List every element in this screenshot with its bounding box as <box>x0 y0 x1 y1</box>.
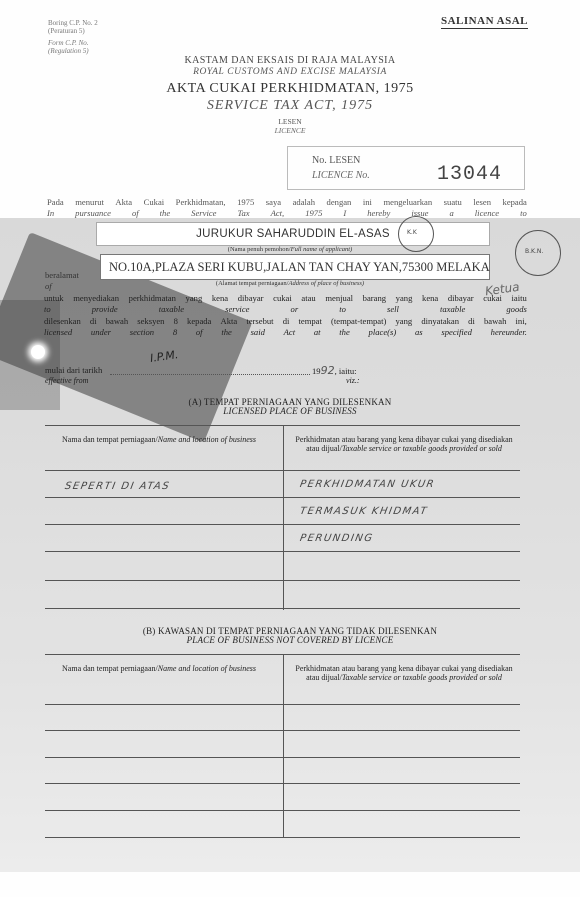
word: ini, <box>516 316 527 326</box>
word: lesen <box>473 197 491 207</box>
licence-label-en: LICENCE No. <box>312 170 370 181</box>
word: to <box>44 304 51 314</box>
agency-title-ms: KASTAM DAN EKSAIS DI RAJA MALAYSIA <box>0 55 580 66</box>
word: licence <box>475 208 499 218</box>
word: the <box>160 208 171 218</box>
word: under <box>91 327 111 337</box>
section-a-title-en: LICENSED PLACE OF BUSINESS <box>0 406 580 416</box>
word: kena <box>212 293 228 303</box>
word: yang <box>186 293 203 303</box>
word: Akta <box>115 197 132 207</box>
word: sell <box>387 304 399 314</box>
word: Pada <box>47 197 64 207</box>
word: specified <box>441 327 472 337</box>
word: iaitu <box>512 293 527 303</box>
word: perkhidmatan <box>129 293 176 303</box>
word: the <box>339 327 350 337</box>
effective-date-line <box>110 374 310 375</box>
licence-number-box: No. LESEN LICENCE No. 13044 <box>287 146 525 190</box>
word: Perkhidmatan, <box>176 197 226 207</box>
word: seksyen <box>137 316 164 326</box>
body-line-3: dilesenkandibawahseksyen8kepadaAktaterse… <box>44 316 527 326</box>
word: service <box>225 304 249 314</box>
form-ref-ms-reg: (Peraturan 5) <box>48 27 85 35</box>
word: 8 <box>174 316 178 326</box>
word: Cukai <box>144 197 165 207</box>
word: of <box>132 208 139 218</box>
word: yang <box>396 316 413 326</box>
word: said <box>251 327 265 337</box>
word: a <box>450 208 454 218</box>
licence-label-ms: No. LESEN <box>312 155 360 166</box>
word: yang <box>396 293 413 303</box>
licence-number: 13044 <box>437 163 502 186</box>
applicant-name-caption: (Nama penuh pemohon/Full name of applica… <box>0 246 580 253</box>
word: dinyatakan <box>421 316 459 326</box>
word: taxable <box>159 304 184 314</box>
act-title-en: SERVICE TAX ACT, 1975 <box>0 98 580 114</box>
word: section <box>130 327 154 337</box>
col-header-name-location: Nama dan tempat perniagaan/Name and loca… <box>45 664 273 673</box>
table-cell: PERKHIDMATAN UKUR <box>299 479 436 490</box>
official-stamp-icon: B.K.N. <box>515 230 561 276</box>
copy-label: SALINAN ASAL <box>441 15 528 29</box>
word: menyediakan <box>73 293 119 303</box>
word: hereunder. <box>491 327 527 337</box>
word: suatu <box>444 197 462 207</box>
official-stamp-icon: K.K <box>398 216 434 252</box>
table-cell: PERUNDING <box>299 533 374 544</box>
viz-label: viz.: <box>346 376 360 385</box>
word: atau <box>301 293 315 303</box>
word: of <box>196 327 203 337</box>
form-ref-ms: Boring C.P. No. 2 <box>48 19 98 27</box>
word: di <box>468 316 475 326</box>
word: dibayar <box>448 293 474 303</box>
word: taxable <box>440 304 465 314</box>
word: cukai <box>483 293 502 303</box>
act-title-ms: AKTA CUKAI PERKHIDMATAN, 1975 <box>0 81 580 97</box>
word: Act, <box>271 208 285 218</box>
col-header-taxable-service: Perkhidmatan atau barang yang kena dibay… <box>293 664 515 682</box>
word: Akta <box>221 316 238 326</box>
body-line-2: toprovidetaxableserviceortoselltaxablego… <box>44 304 527 314</box>
effective-label-ms: mulai dari tarikh <box>45 365 102 375</box>
form-ref-en: Form C.P. No.(Regulation 5) <box>48 39 98 55</box>
col-header-name-location: Nama dan tempat perniagaan/Name and loca… <box>45 435 273 444</box>
word: cukai <box>273 293 292 303</box>
col-header-taxable-service: Perkhidmatan atau barang yang kena dibay… <box>293 435 515 453</box>
table-cell: TERMASUK KHIDMAT <box>299 506 429 517</box>
word: Tax <box>237 208 249 218</box>
word: 1975 <box>305 208 322 218</box>
intro-ms: PadamenurutAktaCukaiPerkhidmatan,1975say… <box>47 197 527 207</box>
doc-type-ms: LESEN <box>0 117 580 126</box>
word: kepada <box>187 316 211 326</box>
word: menjual <box>325 293 353 303</box>
word: menurut <box>75 197 104 207</box>
effective-label-en: effective from <box>45 376 88 385</box>
glare-spot <box>31 345 45 359</box>
intro-en: InpursuanceoftheServiceTaxAct,1975Ihereb… <box>47 208 527 218</box>
word: dibayar <box>238 293 264 303</box>
word: bawah <box>106 316 128 326</box>
word: adalah <box>293 197 315 207</box>
word: dilesenkan <box>44 316 81 326</box>
word: tempat <box>299 316 322 326</box>
form-reference: Boring C.P. No. 2 (Peraturan 5) Form C.P… <box>48 19 98 55</box>
agency-title-en: ROYAL CUSTOMS AND EXCISE MALAYSIA <box>0 67 580 77</box>
word: or <box>291 304 299 314</box>
word: place(s) <box>369 327 397 337</box>
word: di <box>283 316 290 326</box>
word: bawah <box>484 316 506 326</box>
word: to <box>520 208 527 218</box>
word: provide <box>92 304 118 314</box>
beralamat-label: beralamat <box>45 270 79 280</box>
doc-type-en: LICENCE <box>0 126 580 135</box>
word: goods <box>506 304 527 314</box>
unlicensed-places-table: Nama dan tempat perniagaan/Name and loca… <box>45 654 520 839</box>
word: untuk <box>44 293 64 303</box>
word: I <box>343 208 346 218</box>
word: as <box>415 327 423 337</box>
handwritten-year: 92 <box>321 364 335 377</box>
word: tersebut <box>246 316 273 326</box>
word: mengeluarkan <box>383 197 432 207</box>
word: licensed <box>44 327 72 337</box>
word: the <box>221 327 232 337</box>
word: di <box>90 316 97 326</box>
licence-document: Boring C.P. No. 2 (Peraturan 5) Form C.P… <box>0 0 580 897</box>
word: 8 <box>173 327 177 337</box>
body-line-1: untukmenyediakanperkhidmatanyangkenadiba… <box>44 293 527 303</box>
word: Act <box>284 327 295 337</box>
word: at <box>314 327 321 337</box>
body-line-4: licensedundersection8ofthesaidActatthepl… <box>44 327 527 337</box>
word: In <box>47 208 54 218</box>
word: Service <box>191 208 216 218</box>
word: pursuance <box>75 208 111 218</box>
table-cell: SEPERTI DI ATAS <box>64 481 171 492</box>
licensed-places-table: Nama dan tempat perniagaan/Name and loca… <box>45 425 520 610</box>
word: saya <box>266 197 281 207</box>
business-address-field: NO.10A,PLAZA SERI KUBU,JALAN TAN CHAY YA… <box>100 254 490 280</box>
word: kena <box>422 293 438 303</box>
word: hereby <box>367 208 390 218</box>
word: (tempat-tempat) <box>331 316 386 326</box>
word: dengan <box>327 197 352 207</box>
word: ini <box>363 197 372 207</box>
section-b-title-en: PLACE OF BUSINESS NOT COVERED BY LICENCE <box>0 635 580 645</box>
word: to <box>339 304 346 314</box>
word: kepada <box>503 197 527 207</box>
word: 1975 <box>237 197 254 207</box>
word: barang <box>363 293 386 303</box>
